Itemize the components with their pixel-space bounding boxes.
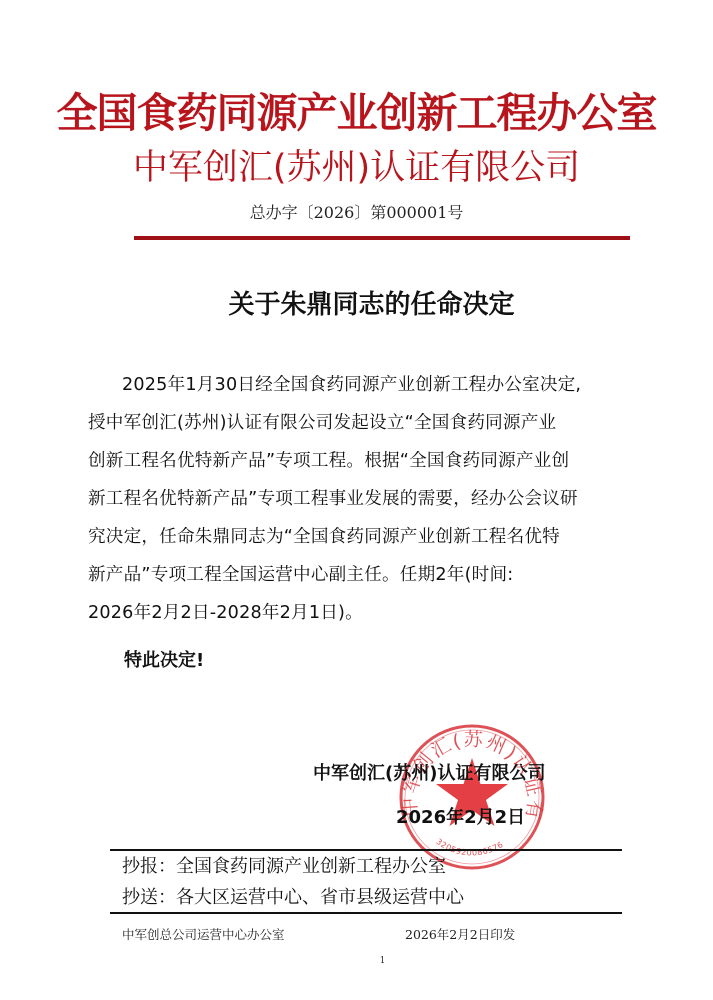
signature-date: 2026年2月2日 <box>396 805 525 831</box>
body-line: 新工程名优特新产品”专项工程事业发展的需要，经办公会议研 <box>88 487 578 511</box>
document-number: 总办字〔2026〕第000001号 <box>0 202 713 224</box>
report-to-line: 抄报：全国食药同源产业创新工程办公室 <box>122 854 446 880</box>
body-line: 授中军创汇(苏州)认证有限公司发起设立“全国食药同源产业 <box>88 411 556 435</box>
closing-statement: 特此决定! <box>124 648 204 674</box>
header-red-divider <box>134 236 630 240</box>
body-line: 创新工程名优特新产品”专项工程。根据“全国食药同源产业创 <box>88 449 569 473</box>
issue-date: 2026年2月2日印发 <box>405 926 515 944</box>
body-line: 2026年2月2日-2028年2月1日)。 <box>88 601 363 625</box>
page-number: 1 <box>0 956 713 966</box>
body-line: 新产品”专项工程全国运营中心副主任。任期2年(时间: <box>88 563 513 587</box>
distribution-top-divider <box>110 849 622 851</box>
signature-organization: 中军创汇(苏州)认证有限公司 <box>313 761 545 787</box>
distribution-bottom-divider <box>110 912 622 914</box>
copy-to-line: 抄送：各大区运营中心、省市县级运营中心 <box>122 885 464 911</box>
body-line: 2025年1月30日经全国食药同源产业创新工程办公室决定, <box>122 373 581 397</box>
body-line: 究决定，任命朱鼎同志为“全国食药同源产业创新工程名优特 <box>88 525 560 549</box>
issuer-office: 中军创总公司运营中心办公室 <box>122 926 285 944</box>
document-title: 关于朱鼎同志的任命决定 <box>0 287 713 323</box>
header-subtitle: 中军创汇(苏州)认证有限公司 <box>0 146 713 190</box>
header-title: 全国食药同源产业创新工程办公室 <box>0 88 713 138</box>
